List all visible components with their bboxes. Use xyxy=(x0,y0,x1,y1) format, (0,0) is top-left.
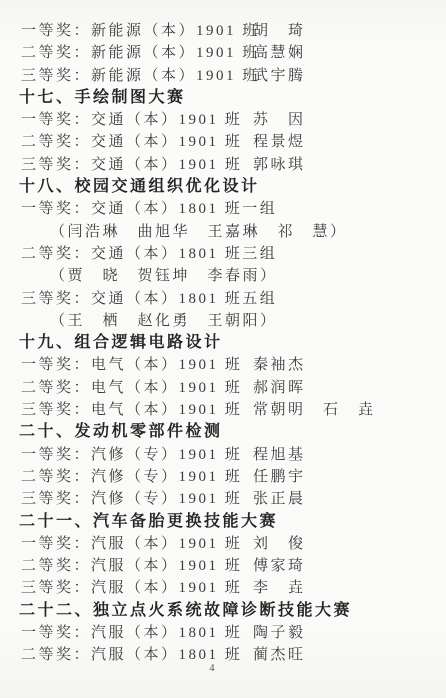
awardee-name: 胡 琦 xyxy=(253,20,306,42)
award-rank-label: 三等奖： xyxy=(21,491,91,507)
award-class: 交通（本）1901 班 xyxy=(91,134,242,150)
scanned-award-list-page: 一等奖：新能源（本）1901 班 胡 琦 二等奖：新能源（本）1901 班 高慧… xyxy=(0,0,446,667)
award-row: 二等奖：电气（本）1901 班 郝润晖 xyxy=(0,377,446,399)
awardee-name: 郝润晖 xyxy=(253,377,306,399)
award-class: 汽服（本）1801 班 xyxy=(91,625,242,641)
section-heading-text: 十七、手绘制图大赛 xyxy=(19,89,186,106)
award-class: 汽服（本）1901 班 xyxy=(91,558,242,574)
award-row: 三等奖：汽修（专）1901 班 张正晨 xyxy=(0,488,446,510)
section-heading: 二十二、独立点火系统故障诊断技能大赛 xyxy=(0,600,446,622)
awardee-name: 傅家琦 xyxy=(253,555,306,577)
award-class: 交通（本）1801 班五组 xyxy=(91,291,277,307)
award-rank-label: 一等奖： xyxy=(21,447,91,463)
award-class: 电气（本）1901 班 xyxy=(91,380,242,396)
team-members-row: （闫浩琳 曲旭华 王嘉琳 祁 慧） xyxy=(0,221,446,243)
award-row: 二等奖：新能源（本）1901 班 高慧娴 xyxy=(0,42,446,64)
award-row: 三等奖：电气（本）1901 班 常朝明 石 垚 xyxy=(0,399,446,421)
award-class: 汽服（本）1801 班 xyxy=(91,647,242,663)
awardee-name: 常朝明 石 垚 xyxy=(253,399,376,421)
section-heading-text: 十八、校园交通组织优化设计 xyxy=(19,178,260,195)
award-class: 新能源（本）1901 班 xyxy=(91,68,260,84)
awardee-name: 苏 因 xyxy=(253,109,306,131)
section-heading: 十七、手绘制图大赛 xyxy=(0,87,446,109)
award-row: 一等奖：汽服（本）1901 班 刘 俊 xyxy=(0,533,446,555)
award-row: 二等奖：汽修（专）1901 班 任鹏宇 xyxy=(0,466,446,488)
award-rank-label: 二等奖： xyxy=(21,45,91,61)
section-heading: 十九、组合逻辑电路设计 xyxy=(0,332,446,354)
award-rank-label: 一等奖： xyxy=(21,625,91,641)
awardee-name: 郭咏琪 xyxy=(253,154,306,176)
awardee-name: 高慧娴 xyxy=(253,42,306,64)
team-members-row: （王 栖 赵化勇 王朝阳） xyxy=(0,310,446,332)
award-class: 汽服（本）1901 班 xyxy=(91,536,242,552)
award-row: 三等奖：汽服（本）1901 班 李 垚 xyxy=(0,577,446,599)
section-heading: 二十、发动机零部件检测 xyxy=(0,421,446,443)
award-class: 电气（本）1901 班 xyxy=(91,357,242,373)
team-members-row: （贾 晓 贺钰坤 李春雨） xyxy=(0,265,446,287)
award-rank-label: 一等奖： xyxy=(21,536,91,552)
section-heading-text: 二十一、汽车备胎更换技能大赛 xyxy=(19,513,278,530)
section-heading-text: 二十二、独立点火系统故障诊断技能大赛 xyxy=(19,602,352,619)
page-number: 4 xyxy=(0,663,435,674)
awardee-name: 武宇腾 xyxy=(253,65,306,87)
award-class: 汽修（专）1901 班 xyxy=(91,469,242,485)
award-row: 一等奖：交通（本）1901 班 苏 因 xyxy=(0,109,446,131)
awardee-name: 程景煜 xyxy=(253,131,306,153)
award-class: 交通（本）1801 班一组 xyxy=(91,201,277,217)
award-row: 三等奖：交通（本）1801 班五组 xyxy=(0,288,446,310)
award-row: 一等奖：电气（本）1901 班 秦袖杰 xyxy=(0,354,446,376)
award-rank-label: 一等奖： xyxy=(21,23,91,39)
award-class: 交通（本）1901 班 xyxy=(91,112,242,128)
section-heading: 二十一、汽车备胎更换技能大赛 xyxy=(0,511,446,533)
award-class: 汽修（专）1901 班 xyxy=(91,491,242,507)
award-class: 汽服（本）1901 班 xyxy=(91,580,242,596)
award-rank-label: 一等奖： xyxy=(21,357,91,373)
team-members: （贾 晓 贺钰坤 李春雨） xyxy=(50,268,278,284)
awardee-name: 刘 俊 xyxy=(253,533,306,555)
award-class: 交通（本）1901 班 xyxy=(91,157,242,173)
awardee-name: 秦袖杰 xyxy=(253,354,306,376)
award-row: 二等奖：交通（本）1801 班三组 xyxy=(0,243,446,265)
awardee-name: 李 垚 xyxy=(253,577,306,599)
award-rank-label: 二等奖： xyxy=(21,558,91,574)
section-heading-text: 十九、组合逻辑电路设计 xyxy=(19,334,223,351)
award-class: 交通（本）1801 班三组 xyxy=(91,246,277,262)
award-rank-label: 三等奖： xyxy=(21,402,91,418)
award-row: 二等奖：交通（本）1901 班 程景煜 xyxy=(0,131,446,153)
team-members: （王 栖 赵化勇 王朝阳） xyxy=(50,313,278,329)
award-class: 电气（本）1901 班 xyxy=(91,402,242,418)
awardee-name: 张正晨 xyxy=(253,488,306,510)
award-rank-label: 一等奖： xyxy=(21,112,91,128)
team-members: （闫浩琳 曲旭华 王嘉琳 祁 慧） xyxy=(50,224,348,240)
section-heading-text: 二十、发动机零部件检测 xyxy=(19,423,223,440)
award-rank-label: 三等奖： xyxy=(21,157,91,173)
award-rank-label: 二等奖： xyxy=(21,469,91,485)
award-class: 新能源（本）1901 班 xyxy=(91,45,260,61)
award-class: 汽修（专）1901 班 xyxy=(91,447,242,463)
award-rank-label: 二等奖： xyxy=(21,134,91,150)
award-rank-label: 三等奖： xyxy=(21,68,91,84)
award-row: 三等奖：交通（本）1901 班 郭咏琪 xyxy=(0,154,446,176)
awardee-name: 陶子毅 xyxy=(253,622,306,644)
award-rank-label: 二等奖： xyxy=(21,246,91,262)
awardee-name: 任鹏宇 xyxy=(253,466,306,488)
award-rank-label: 一等奖： xyxy=(21,201,91,217)
award-rank-label: 三等奖： xyxy=(21,580,91,596)
award-row: 一等奖：新能源（本）1901 班 胡 琦 xyxy=(0,20,446,42)
award-rank-label: 三等奖： xyxy=(21,291,91,307)
award-rank-label: 二等奖： xyxy=(21,380,91,396)
awardee-name: 程旭基 xyxy=(253,444,306,466)
award-row: 一等奖：汽服（本）1801 班 陶子毅 xyxy=(0,622,446,644)
section-heading: 十八、校园交通组织优化设计 xyxy=(0,176,446,198)
award-rank-label: 二等奖： xyxy=(21,647,91,663)
award-class: 新能源（本）1901 班 xyxy=(91,23,260,39)
award-row: 一等奖：汽修（专）1901 班 程旭基 xyxy=(0,444,446,466)
award-row: 一等奖：交通（本）1801 班一组 xyxy=(0,198,446,220)
award-row: 二等奖：汽服（本）1901 班 傅家琦 xyxy=(0,555,446,577)
award-row: 三等奖：新能源（本）1901 班 武宇腾 xyxy=(0,65,446,87)
